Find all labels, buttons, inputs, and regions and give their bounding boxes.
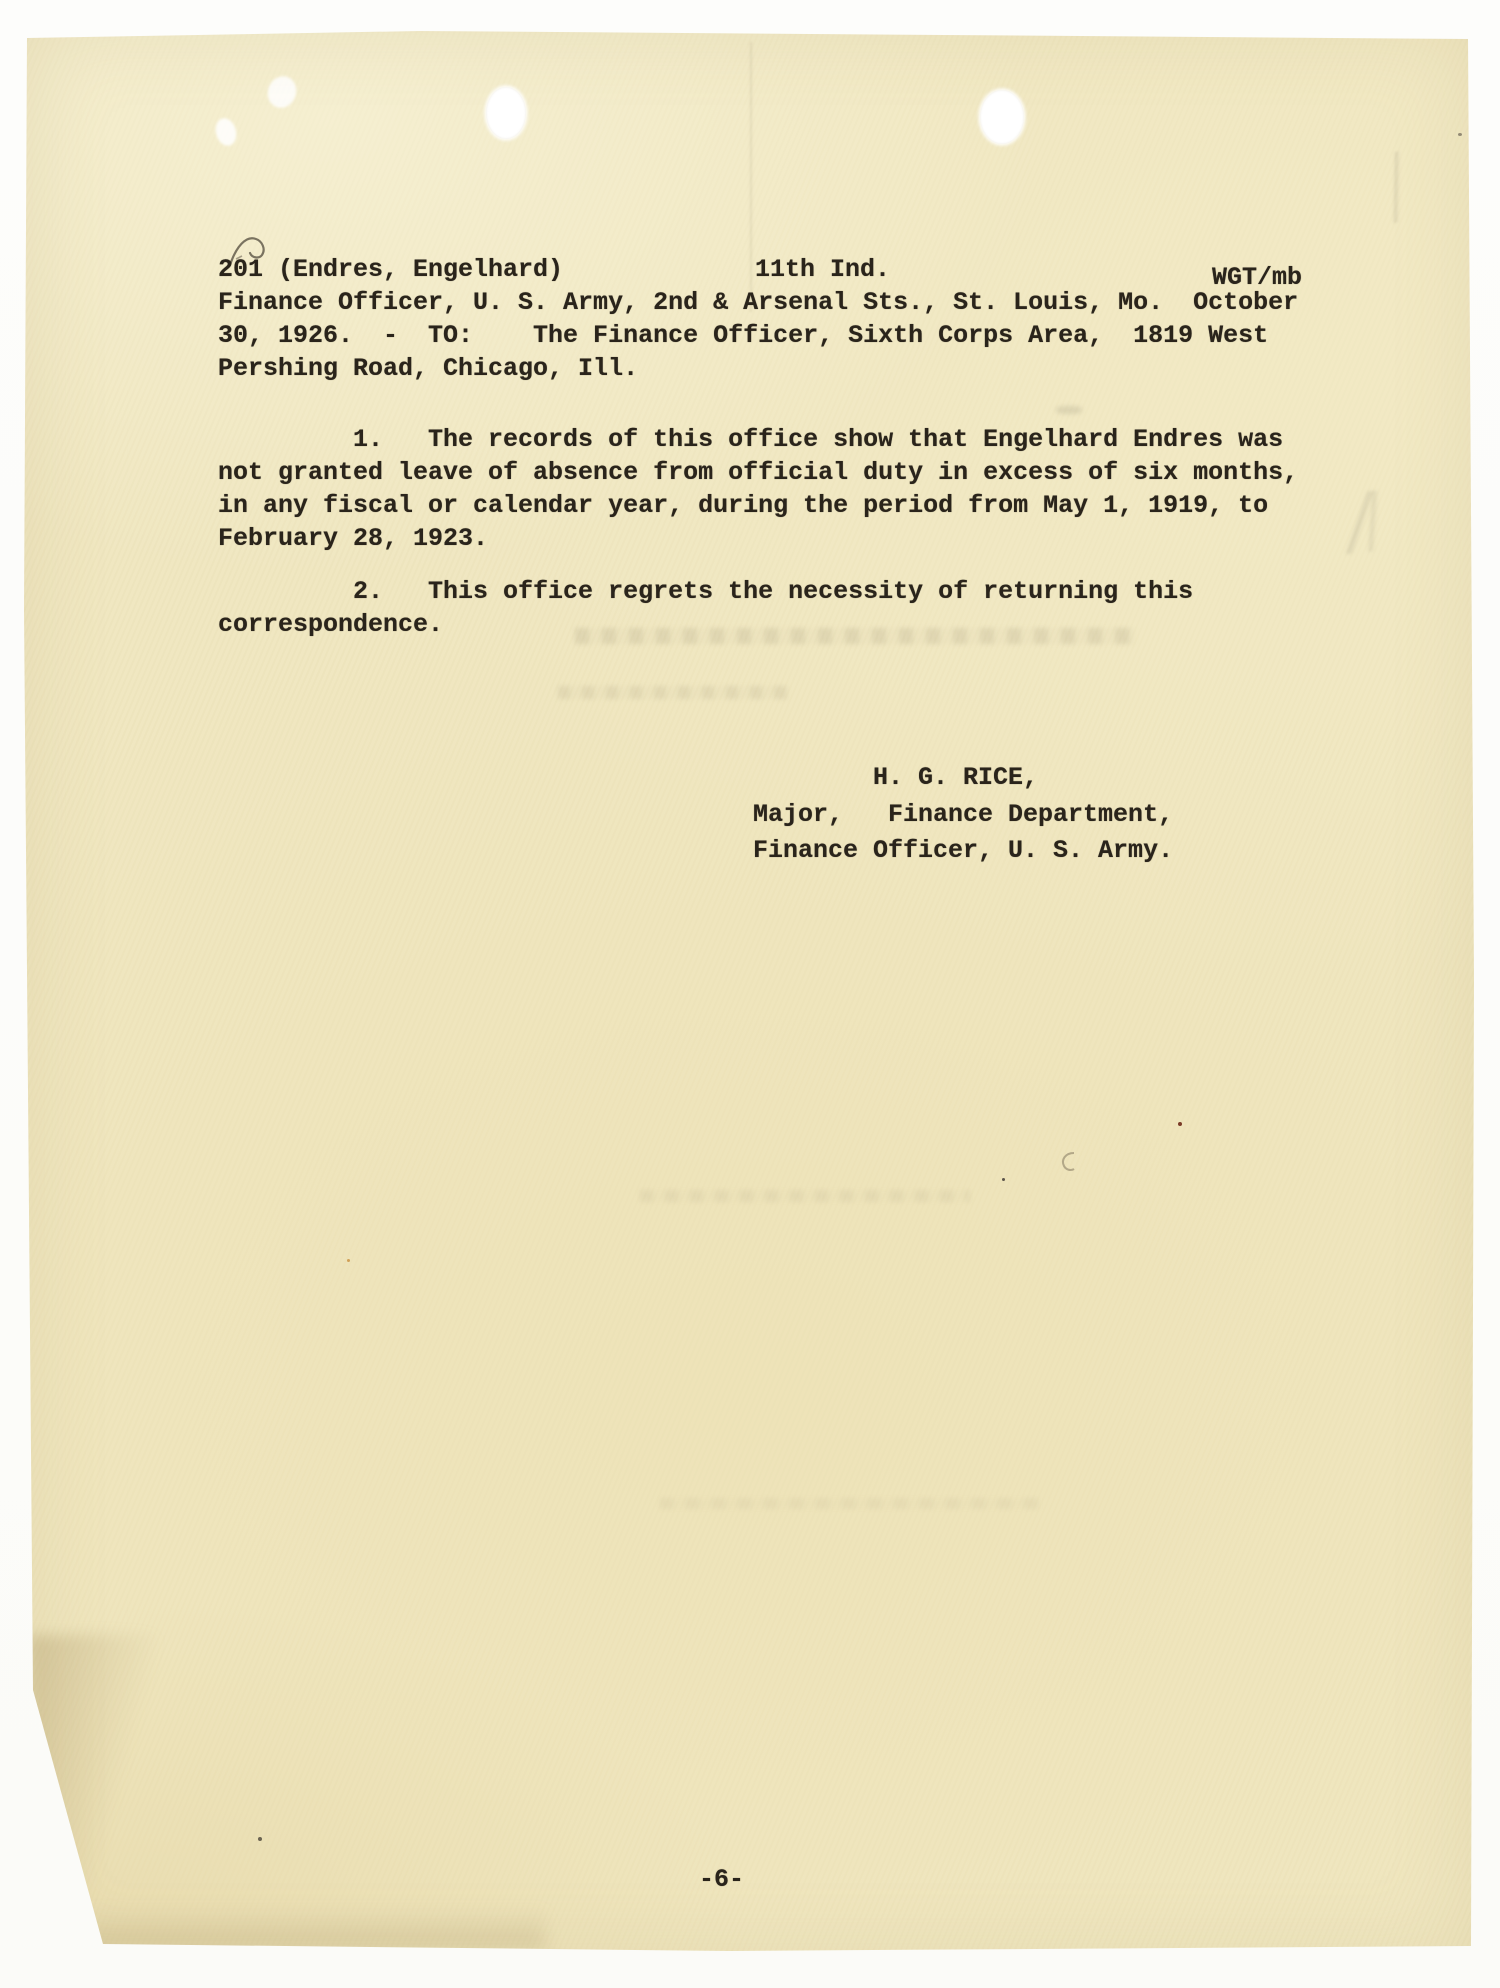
paragraph-1: 1. The records of this office show that … [218, 423, 1298, 555]
paragraph-line: in any fiscal or calendar year, during t… [218, 489, 1298, 522]
paper-sheet: 201 (Endres, Engelhard) 11th Ind. WGT/mb… [0, 0, 1500, 1988]
file-number: 201 (Endres, Engelhard) [218, 253, 563, 286]
heading-line: Pershing Road, Chicago, Ill. [218, 352, 1298, 385]
letter-body: 201 (Endres, Engelhard) 11th Ind. WGT/mb… [0, 0, 1500, 1988]
signature-name: H. G. RICE, [753, 760, 1173, 797]
hole-punch-left [486, 87, 526, 139]
signature-rank: Major, Finance Department, [753, 797, 1173, 834]
paragraph-line: not granted leave of absence from offici… [218, 456, 1298, 489]
signature-block: H. G. RICE, Major, Finance Department, F… [753, 760, 1173, 870]
heading-line: Finance Officer, U. S. Army, 2nd & Arsen… [218, 286, 1298, 319]
signature-title: Finance Officer, U. S. Army. [753, 833, 1173, 870]
scanned-letter-page: 201 (Endres, Engelhard) 11th Ind. WGT/mb… [0, 0, 1500, 1988]
hole-punch-right [980, 90, 1024, 144]
endorsement-number: 11th Ind. [755, 253, 890, 286]
paragraph-line: correspondence. [218, 608, 1193, 641]
paragraph-line: 2. This office regrets the necessity of … [218, 575, 1193, 608]
paragraph-line: 1. The records of this office show that … [218, 423, 1298, 456]
heading-line: 30, 1926. - TO: The Finance Officer, Six… [218, 319, 1298, 352]
page-number: -6- [699, 1863, 744, 1896]
address-heading: Finance Officer, U. S. Army, 2nd & Arsen… [218, 286, 1298, 385]
paragraph-line: February 28, 1923. [218, 522, 1298, 555]
paragraph-2: 2. This office regrets the necessity of … [218, 575, 1193, 641]
